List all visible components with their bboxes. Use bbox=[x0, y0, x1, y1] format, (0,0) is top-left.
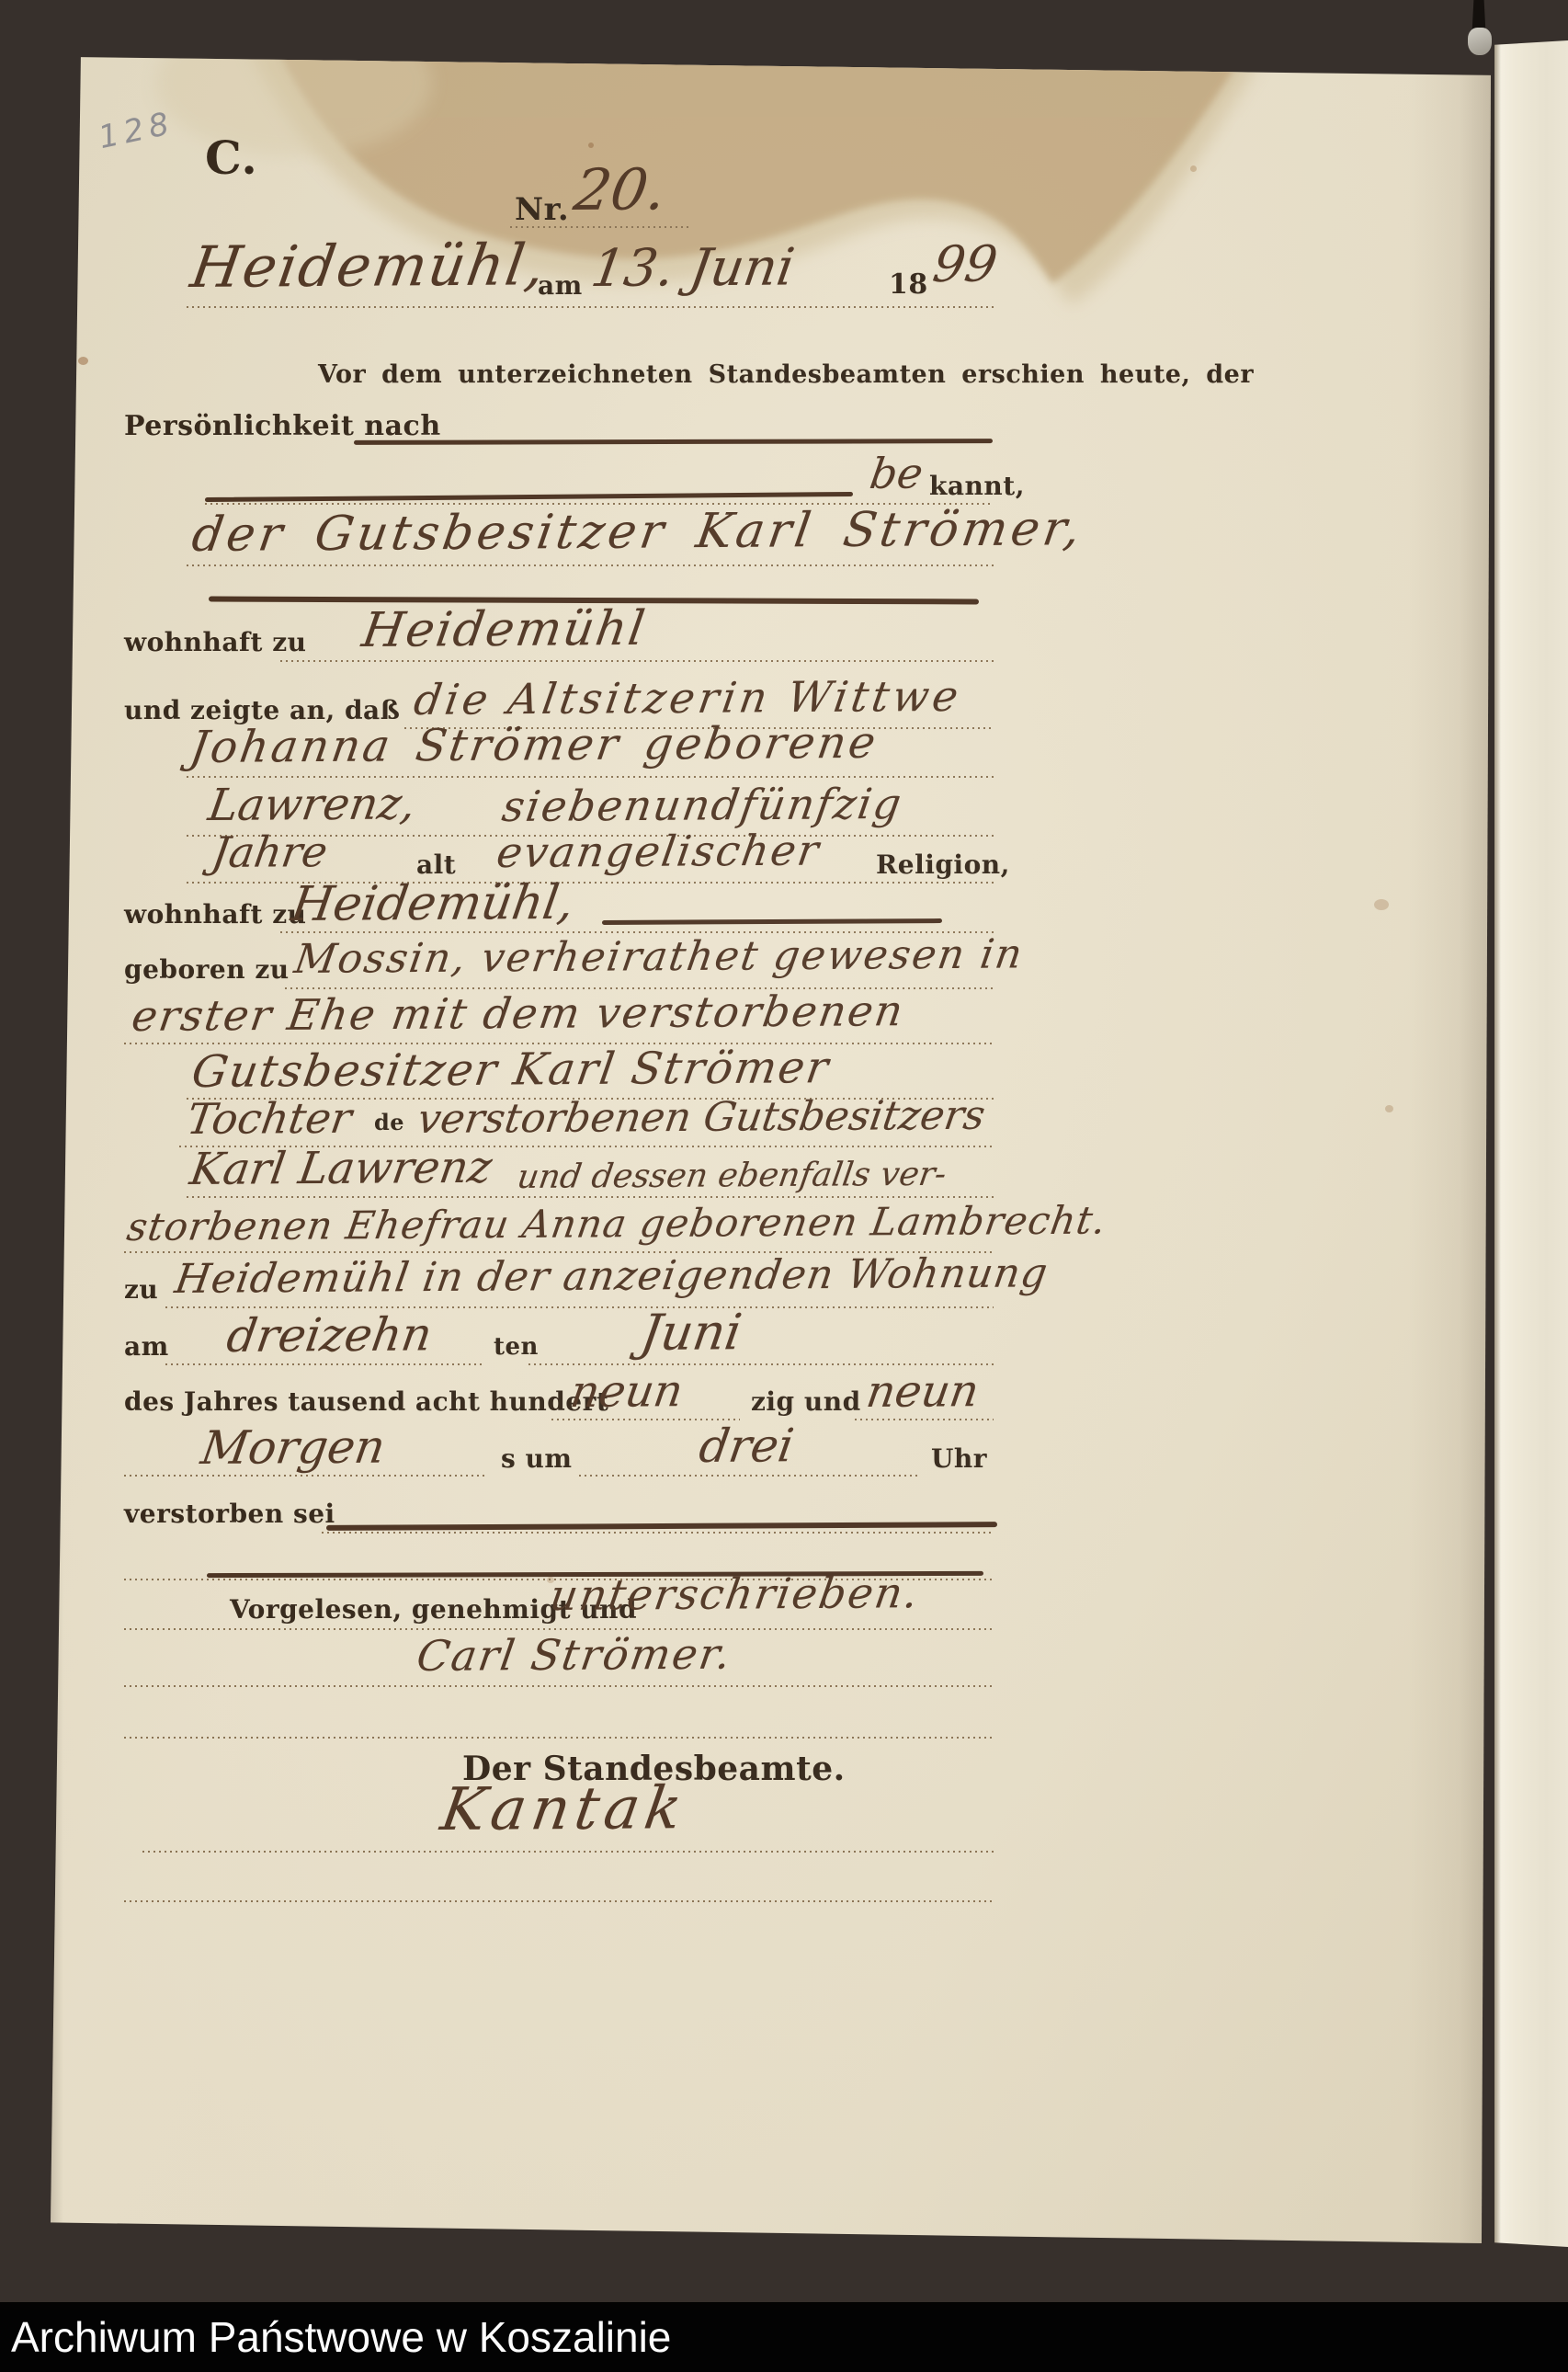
ruled-line bbox=[280, 659, 994, 662]
residence-label: wohnhaft zu bbox=[124, 627, 306, 657]
residence2-value: Heidemühl, bbox=[288, 875, 578, 932]
deceased-maiden-value: Lawrenz, bbox=[205, 778, 419, 831]
known-printed-suffix: kannt, bbox=[929, 471, 1025, 501]
deceased-name-value: Johanna Strömer geborene bbox=[187, 717, 881, 773]
foxing-spot bbox=[1385, 1105, 1393, 1112]
registrar-signature: Kantak bbox=[437, 1774, 691, 1844]
religion-value: evangelischer bbox=[494, 826, 824, 877]
residence-value: Heidemühl bbox=[358, 601, 650, 658]
ink-strike-line bbox=[205, 492, 853, 502]
death-day-label: am bbox=[124, 1331, 169, 1362]
parent-line1-rest: verstorbenen Gutsbesitzers bbox=[415, 1092, 988, 1143]
record-number-label: Nr. bbox=[515, 191, 569, 228]
adjacent-page-edge bbox=[1494, 40, 1568, 2247]
age-value: siebenundfünfzig bbox=[499, 779, 906, 831]
ruled-line bbox=[124, 1899, 994, 1902]
birthplace-label: geboren zu bbox=[124, 954, 290, 985]
identity-label: Persönlichkeit nach bbox=[124, 410, 441, 442]
ink-strike-line bbox=[326, 1522, 997, 1531]
death-place-label: zu bbox=[124, 1274, 158, 1305]
ruled-line bbox=[322, 1531, 994, 1534]
deceased-label: verstorben sei bbox=[124, 1499, 335, 1529]
record-date-value: 13. Juni bbox=[587, 237, 798, 299]
ruled-line bbox=[187, 775, 994, 778]
ruled-line bbox=[510, 225, 689, 228]
death-day-value: dreizehn bbox=[223, 1307, 436, 1363]
ruled-line bbox=[124, 1684, 994, 1687]
ruled-line bbox=[187, 305, 995, 308]
date-am-label: am bbox=[538, 270, 583, 301]
residence2-label: wohnhaft zu bbox=[124, 899, 306, 929]
foxing-spot bbox=[1190, 165, 1197, 172]
uhr-label: Uhr bbox=[931, 1443, 987, 1474]
year-ones-value: neun bbox=[863, 1365, 983, 1418]
religion-label: Religion, bbox=[876, 850, 1010, 880]
ruled-line bbox=[187, 1195, 994, 1198]
foxing-spot bbox=[588, 143, 594, 148]
ruled-line bbox=[142, 1850, 994, 1853]
ruled-line bbox=[528, 1363, 994, 1365]
intro-text: Vor dem unterzeichneten Standesbeamten e… bbox=[318, 360, 1254, 389]
ribbon-clip bbox=[1468, 28, 1492, 55]
parent-line2-rest: und dessen ebenfalls ver- bbox=[515, 1156, 949, 1196]
record-number-value: 20. bbox=[570, 155, 671, 223]
ruled-line bbox=[855, 1418, 994, 1420]
section-letter: C. bbox=[205, 131, 257, 185]
ruled-line bbox=[579, 1474, 919, 1477]
age-unit-value: Jahre bbox=[209, 827, 331, 877]
marriage-line3: Gutsbesitzer Karl Strömer bbox=[188, 1042, 834, 1098]
archive-footer-bar: Archiwum Państwowe w Koszalinie bbox=[0, 2302, 1568, 2372]
birthplace-value: Mossin, verheirathet gewesen in bbox=[291, 930, 1027, 983]
parent-line1-de-printed: de bbox=[374, 1109, 404, 1135]
ruled-line bbox=[124, 1474, 487, 1477]
scanned-register-page: 128 C. Nr. 20. Heidemühl, am 13. Juni 18… bbox=[0, 0, 1568, 2372]
ruled-line bbox=[187, 564, 994, 566]
year-century-printed: 18 bbox=[889, 268, 928, 301]
year-tens-value: neun bbox=[567, 1365, 687, 1418]
hour-value: drei bbox=[696, 1419, 797, 1473]
foxing-spot bbox=[78, 357, 88, 365]
archive-name: Archiwum Państwowe w Koszalinie bbox=[11, 2312, 671, 2362]
record-place-value: Heidemühl, bbox=[187, 231, 551, 301]
ruled-line bbox=[124, 1736, 994, 1739]
parent-line2-name: Karl Lawrenz bbox=[187, 1142, 495, 1195]
year-words-label: des Jahres tausend acht hundert bbox=[124, 1386, 608, 1417]
marriage-line2: erster Ehe mit dem verstorbenen bbox=[129, 986, 908, 1041]
parent-line3: storbenen Ehefrau Anna geborenen Lambrec… bbox=[124, 1198, 1109, 1249]
ruled-line bbox=[165, 1363, 483, 1365]
ten-label: ten bbox=[494, 1333, 539, 1361]
closing-handwritten: unterschrieben. bbox=[547, 1568, 923, 1620]
death-month-value: Juni bbox=[637, 1303, 745, 1362]
year-value: 99 bbox=[929, 235, 1001, 293]
declarant-value: der Gutsbesitzer Karl Strömer, bbox=[188, 501, 1087, 563]
document-page: 128 C. Nr. 20. Heidemühl, am 13. Juni 18… bbox=[51, 55, 1491, 2243]
known-handwritten-prefix: be bbox=[867, 449, 926, 498]
ink-strike-line bbox=[602, 918, 942, 925]
parent-line1-tochter: Tochter bbox=[184, 1093, 355, 1144]
declarant-signature: Carl Strömer. bbox=[414, 1629, 736, 1681]
death-place-value: Heidemühl in der anzeigenden Wohnung bbox=[172, 1249, 1051, 1303]
deceased-status-value: die Altsitzerin Wittwe bbox=[411, 671, 965, 724]
s-um-label: s um bbox=[501, 1443, 573, 1474]
zig-und-label: zig und bbox=[751, 1386, 861, 1417]
foxing-spot bbox=[1374, 899, 1389, 910]
daytime-value: Morgen bbox=[198, 1420, 389, 1475]
ruled-line bbox=[165, 1306, 994, 1308]
